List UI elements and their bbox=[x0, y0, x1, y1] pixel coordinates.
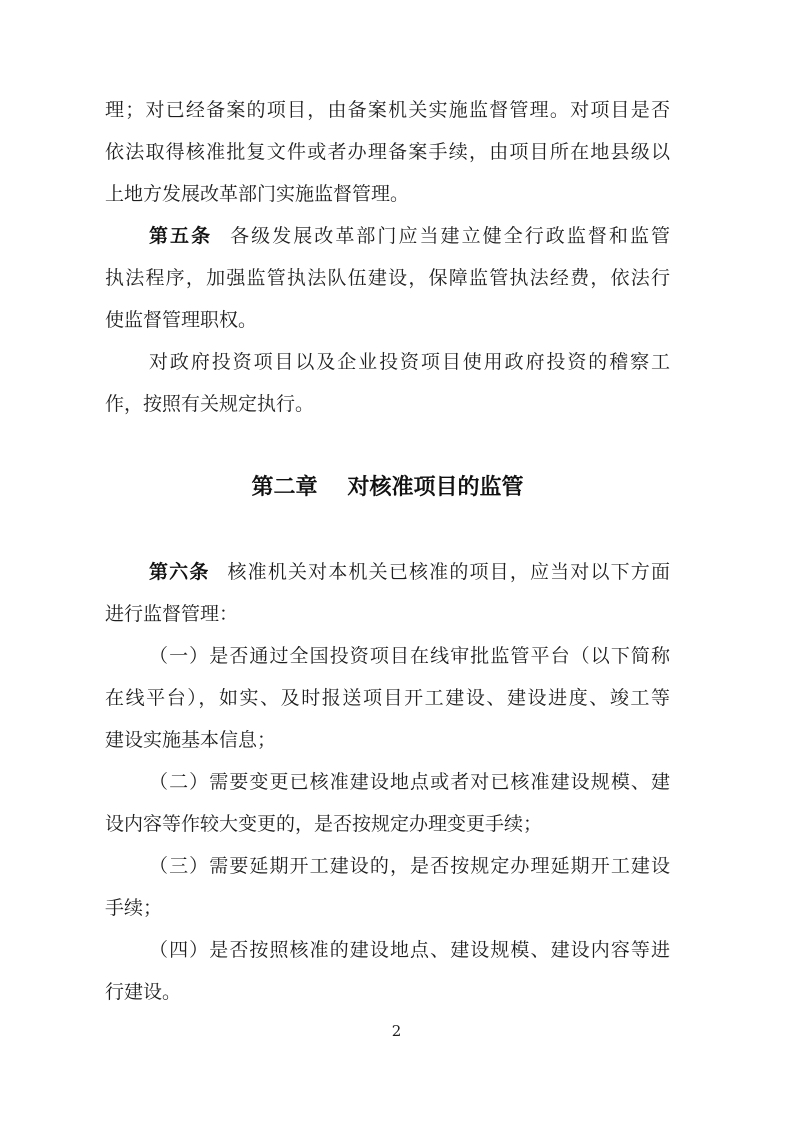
text-line: （一）是否通过全国投资项目在线审批监管平台（以下简称 bbox=[105, 635, 670, 677]
text-line: （二）需要变更已核准建设地点或者对已核准建设规模、建 bbox=[105, 761, 670, 803]
text-line: 第五条各级发展改革部门应当建立健全行政监督和监管 bbox=[105, 215, 670, 257]
text-line: 设内容等作较大变更的，是否按规定办理变更手续； bbox=[105, 803, 670, 845]
text-line: 建设实施基本信息； bbox=[105, 719, 670, 761]
text-line: 对政府投资项目以及企业投资项目使用政府投资的稽察工 bbox=[105, 341, 670, 383]
page-number: 2 bbox=[0, 1020, 793, 1042]
text-line: 理；对已经备案的项目，由备案机关实施监督管理。对项目是否 bbox=[105, 89, 670, 131]
article-number: 第五条 bbox=[149, 225, 212, 247]
chapter-number: 第二章 bbox=[251, 475, 317, 500]
text-line: 依法取得核准批复文件或者办理备案手续，由项目所在地县级以 bbox=[105, 131, 670, 173]
text-line: 第六条核准机关对本机关已核准的项目，应当对以下方面 bbox=[105, 551, 670, 593]
chapter-heading: 第二章对核准项目的监管 bbox=[105, 467, 670, 509]
text-line: 手续； bbox=[105, 887, 670, 929]
text-line: 进行监督管理： bbox=[105, 593, 670, 635]
text-line: （四）是否按照核准的建设地点、建设规模、建设内容等进 bbox=[105, 929, 670, 971]
document-page: 理；对已经备案的项目，由备案机关实施监督管理。对项目是否依法取得核准批复文件或者… bbox=[0, 0, 793, 1122]
text-line: 在线平台），如实、及时报送项目开工建设、建设进度、竣工等 bbox=[105, 677, 670, 719]
text-line: 上地方发展改革部门实施监督管理。 bbox=[105, 173, 670, 215]
chapter-title: 对核准项目的监管 bbox=[348, 475, 524, 500]
text-line: 执法程序，加强监管执法队伍建设，保障监管执法经费，依法行 bbox=[105, 257, 670, 299]
document-content: 理；对已经备案的项目，由备案机关实施监督管理。对项目是否依法取得核准批复文件或者… bbox=[105, 89, 670, 1013]
text-line: （三）需要延期开工建设的，是否按规定办理延期开工建设 bbox=[105, 845, 670, 887]
text-line: 使监督管理职权。 bbox=[105, 299, 670, 341]
article-number: 第六条 bbox=[149, 561, 210, 583]
text-line: 作，按照有关规定执行。 bbox=[105, 383, 670, 425]
text-line: 行建设。 bbox=[105, 971, 670, 1013]
